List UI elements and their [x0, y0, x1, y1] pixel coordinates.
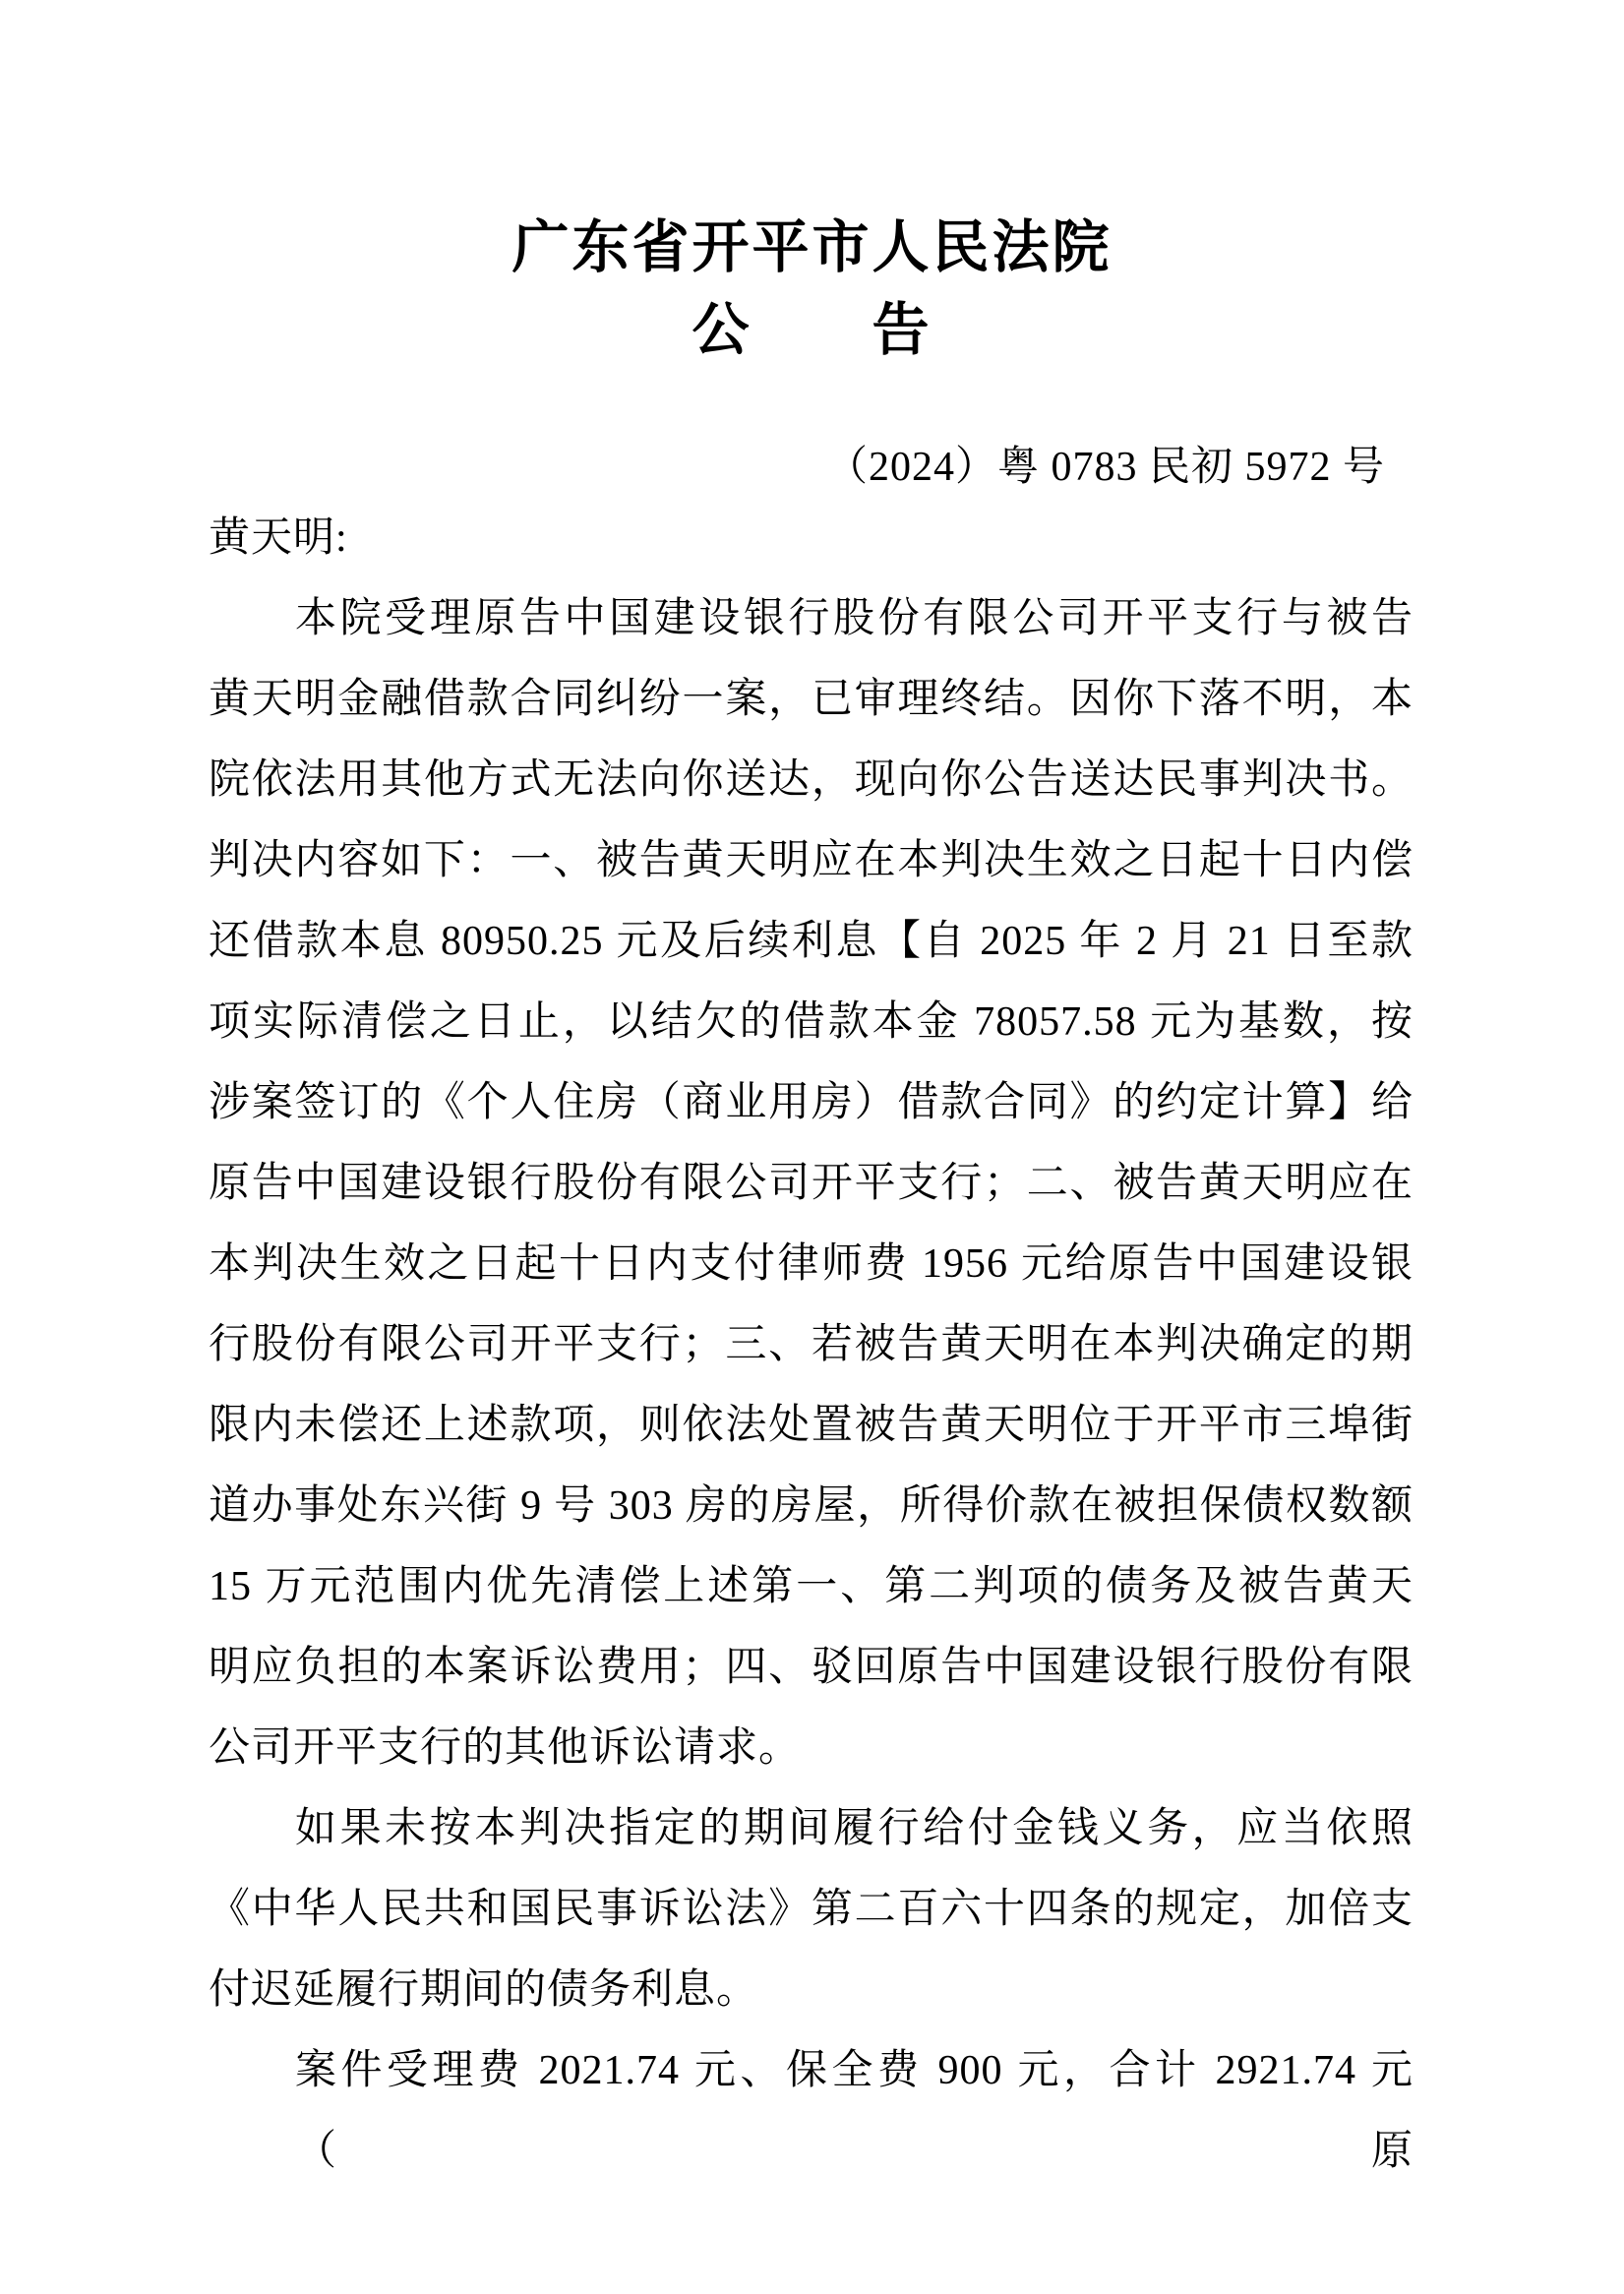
body-line: 涉案签订的《个人住房（商业用房）借款合同》的约定计算】给 — [209, 1062, 1413, 1143]
body-line: 15 万元范围内优先清偿上述第一、第二判项的债务及被告黄天 — [209, 1546, 1413, 1627]
announcement-title: 公 告 — [0, 289, 1624, 372]
body-line: 《中华人民共和国民事诉讼法》第二百六十四条的规定，加倍支 — [209, 1869, 1413, 1950]
body-line: 本判决生效之日起十日内支付律师费 1956 元给原告中国建设银 — [209, 1224, 1413, 1304]
body-line: 项实际清偿之日止，以结欠的借款本金 78057.58 元为基数，按 — [209, 982, 1413, 1062]
body-line: 本院受理原告中国建设银行股份有限公司开平支行与被告 — [209, 578, 1413, 659]
body-line: 付迟延履行期间的债务利息。 — [209, 1950, 1413, 2030]
body-line: 黄天明金融借款合同纠纷一案，已审理终结。因你下落不明，本 — [209, 659, 1413, 740]
body-line: 如果未按本判决指定的期间履行给付金钱义务，应当依照 — [209, 1788, 1413, 1869]
announcement-body: 黄天明: 本院受理原告中国建设银行股份有限公司开平支行与被告 黄天明金融借款合同… — [0, 498, 1413, 2192]
body-line: 公司开平支行的其他诉讼请求。 — [209, 1708, 1413, 1788]
body-line: 院依法用其他方式无法向你送达，现向你公告送达民事判决书。 — [209, 740, 1413, 820]
body-line: 限内未偿还上述款项，则依法处置被告黄天明位于开平市三埠街 — [209, 1385, 1413, 1466]
case-number: （2024）粤 0783 民初 5972 号 — [0, 443, 1624, 492]
body-line: 行股份有限公司开平支行；三、若被告黄天明在本判决确定的期 — [209, 1304, 1413, 1385]
body-line: 判决内容如下：一、被告黄天明应在本判决生效之日起十日内偿 — [209, 820, 1413, 901]
court-announcement-page: 广东省开平市人民法院 公 告 （2024）粤 0783 民初 5972 号 黄天… — [0, 0, 1624, 2294]
body-line: 案件受理费 2021.74 元、保全费 900 元，合计 2921.74 元（原 — [209, 2030, 1413, 2192]
body-line: 还借款本息 80950.25 元及后续利息【自 2025 年 2 月 21 日至… — [209, 901, 1413, 982]
body-line: 道办事处东兴街 9 号 303 房的房屋，所得价款在被担保债权数额 — [209, 1466, 1413, 1546]
court-name-title: 广东省开平市人民法院 — [0, 207, 1624, 289]
recipient-name: 黄天明: — [209, 498, 1413, 578]
body-line: 原告中国建设银行股份有限公司开平支行；二、被告黄天明应在 — [209, 1143, 1413, 1224]
body-line: 明应负担的本案诉讼费用；四、驳回原告中国建设银行股份有限 — [209, 1627, 1413, 1708]
